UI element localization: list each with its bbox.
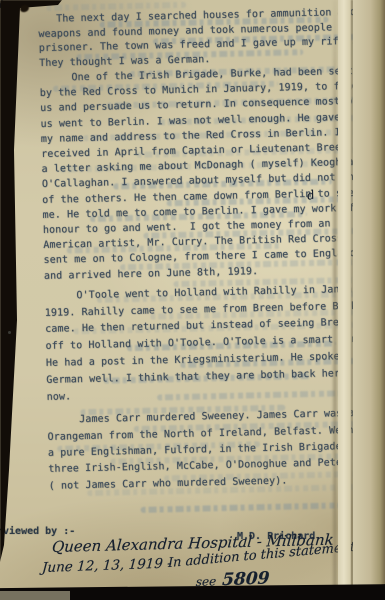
paper-speck	[8, 331, 11, 334]
document-photo: The next day I searched houses for ammun…	[0, 0, 385, 600]
underlying-page-edge	[353, 0, 385, 600]
page-edge-highlight	[338, 0, 351, 600]
bleedthrough-line	[141, 503, 340, 514]
page-crease	[333, 0, 337, 600]
photo-bottom-corner	[0, 591, 70, 600]
interviewed-by-label: rviewed by :-	[0, 526, 75, 537]
paragraph: The next day I searched houses for ammun…	[38, 5, 375, 71]
paragraph: One of the Irish Brigade, Burke, had bee…	[39, 63, 380, 283]
